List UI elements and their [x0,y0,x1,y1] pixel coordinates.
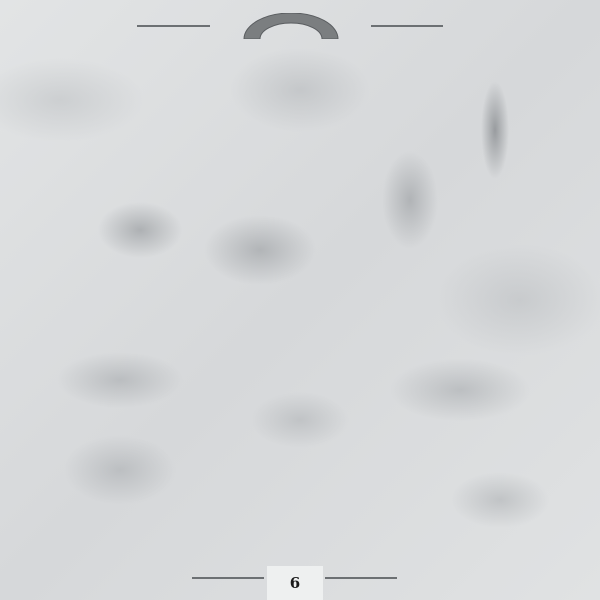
footer-rule-left [192,577,264,579]
page-number: 6 [267,566,323,600]
header-rule-right [371,25,443,27]
header-rule-left [137,25,210,27]
footer-rule-right [325,577,397,579]
paper-texture-background [0,0,600,600]
arch-ornament-icon [243,13,339,39]
